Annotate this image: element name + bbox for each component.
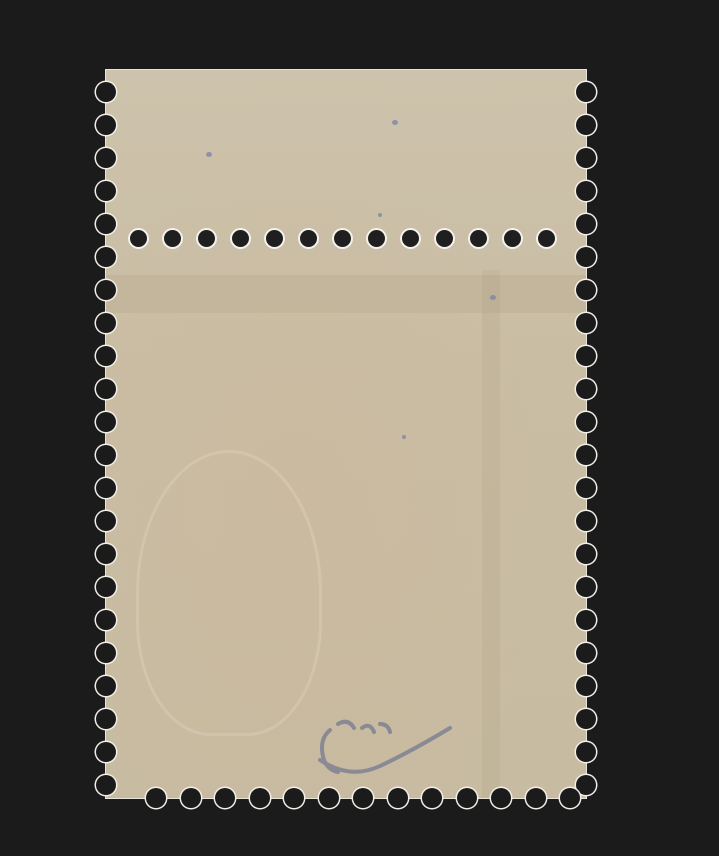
perforation-hole bbox=[215, 788, 235, 808]
perforation-hole bbox=[576, 214, 596, 234]
perforation-hole bbox=[576, 478, 596, 498]
perforation-hole bbox=[250, 788, 270, 808]
perforation-hole bbox=[96, 313, 116, 333]
perforation-hole bbox=[198, 230, 215, 247]
perforation-hole bbox=[96, 148, 116, 168]
ink-speck bbox=[206, 152, 212, 157]
perforation-hole bbox=[96, 511, 116, 531]
perforation-hole bbox=[576, 445, 596, 465]
perforation-hole bbox=[96, 82, 116, 102]
perforation-hole bbox=[96, 247, 116, 267]
perforation-hole bbox=[576, 742, 596, 762]
perforation-hole bbox=[181, 788, 201, 808]
perforation-hole bbox=[576, 544, 596, 564]
perforation-hole bbox=[130, 230, 147, 247]
perforation-hole bbox=[334, 230, 351, 247]
pencil-annotation bbox=[310, 710, 460, 790]
perforation-hole bbox=[232, 230, 249, 247]
stamp-back bbox=[106, 70, 586, 798]
ink-speck bbox=[392, 120, 398, 125]
perforation-hole bbox=[96, 643, 116, 663]
perforation-hole bbox=[576, 313, 596, 333]
perforation-hole bbox=[96, 709, 116, 729]
perforation-hole bbox=[457, 788, 477, 808]
perforation-hole bbox=[96, 478, 116, 498]
ink-speck bbox=[378, 213, 382, 217]
perforation-hole bbox=[96, 379, 116, 399]
perforation-hole bbox=[538, 230, 555, 247]
perforation-hole bbox=[576, 610, 596, 630]
perforation-hole bbox=[436, 230, 453, 247]
ink-speck bbox=[402, 435, 406, 439]
perforation-hole bbox=[388, 788, 408, 808]
perforation-hole bbox=[164, 230, 181, 247]
perforation-hole bbox=[576, 511, 596, 531]
perforation-hole bbox=[96, 115, 116, 135]
perforation-hole bbox=[576, 577, 596, 597]
perforation-hole bbox=[96, 544, 116, 564]
perforation-hole bbox=[422, 788, 442, 808]
perforation-hole bbox=[576, 280, 596, 300]
perforation-hole bbox=[96, 280, 116, 300]
perforation-hole bbox=[319, 788, 339, 808]
perforation-hole bbox=[491, 788, 511, 808]
perforation-hole bbox=[576, 115, 596, 135]
perforation-hole bbox=[576, 412, 596, 432]
right-perforations bbox=[576, 70, 596, 798]
perforation-hole bbox=[146, 788, 166, 808]
perforation-hole bbox=[96, 181, 116, 201]
perforation-hole bbox=[284, 788, 304, 808]
perforation-hole bbox=[353, 788, 373, 808]
perforation-hole bbox=[576, 82, 596, 102]
ink-speck bbox=[490, 295, 496, 300]
perforation-hole bbox=[402, 230, 419, 247]
perforation-hole bbox=[576, 709, 596, 729]
perforation-hole bbox=[300, 230, 317, 247]
perforation-hole bbox=[576, 676, 596, 696]
perforation-hole bbox=[576, 346, 596, 366]
perforation-hole bbox=[96, 412, 116, 432]
perforation-hole bbox=[576, 148, 596, 168]
perforation-hole bbox=[576, 643, 596, 663]
perforation-row bbox=[130, 230, 560, 248]
perforation-hole bbox=[576, 181, 596, 201]
perforation-hole bbox=[576, 247, 596, 267]
bottom-perforations bbox=[106, 788, 586, 808]
left-perforations bbox=[96, 70, 116, 798]
perforation-hole bbox=[96, 214, 116, 234]
selvage-band bbox=[106, 275, 586, 313]
perforation-hole bbox=[526, 788, 546, 808]
perforation-hole bbox=[96, 346, 116, 366]
perforation-hole bbox=[96, 742, 116, 762]
portrait-showthrough bbox=[136, 450, 322, 736]
perforation-hole bbox=[96, 610, 116, 630]
vertical-frame-shadow bbox=[482, 270, 500, 798]
perforation-hole bbox=[96, 445, 116, 465]
perforation-hole bbox=[368, 230, 385, 247]
perforation-hole bbox=[576, 379, 596, 399]
perforation-hole bbox=[96, 577, 116, 597]
perforation-hole bbox=[96, 676, 116, 696]
perforation-hole bbox=[266, 230, 283, 247]
perforation-hole bbox=[560, 788, 580, 808]
perforation-hole bbox=[504, 230, 521, 247]
perforation-hole bbox=[470, 230, 487, 247]
